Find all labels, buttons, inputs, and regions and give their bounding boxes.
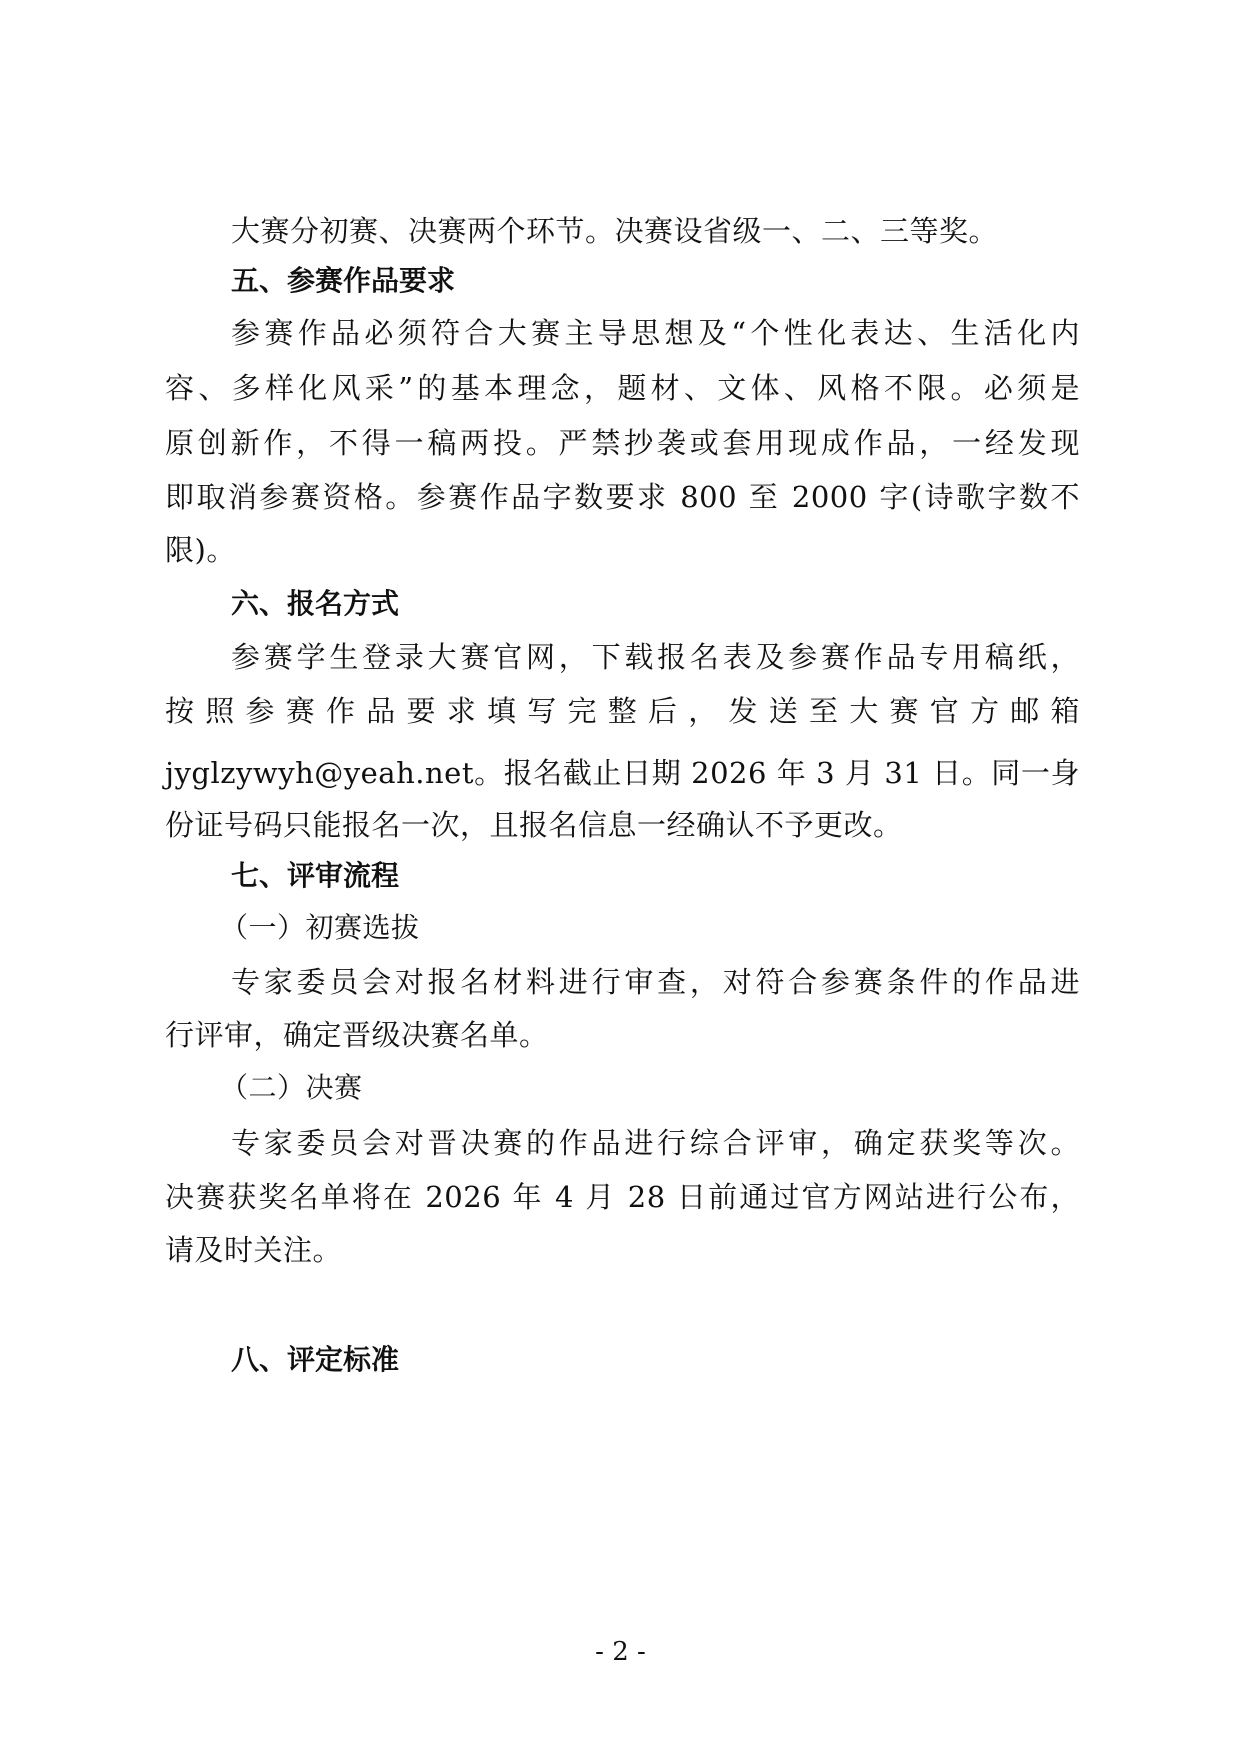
- paragraph-requirements-line-1: 参赛作品必须符合大赛主导思想及“个性化表达、生活化内: [231, 313, 1080, 353]
- paragraph-final-line-3: 请及时关注。: [165, 1230, 1080, 1270]
- paragraph-registration-line-4: 份证号码只能报名一次，且报名信息一经确认不予更改。: [165, 805, 1080, 845]
- paragraph-requirements-line-3: 原创新作，不得一稿两投。严禁抄袭或套用现成作品，一经发现: [165, 423, 1080, 463]
- paragraph-requirements-line-4: 即取消参赛资格。参赛作品字数要求 800 至 2000 字(诗歌字数不: [165, 477, 1080, 517]
- paragraph-registration-line-1: 参赛学生登录大赛官网，下载报名表及参赛作品专用稿纸，: [231, 637, 1080, 677]
- paragraph-preliminary-line-1: 专家委员会对报名材料进行审查，对符合参赛条件的作品进: [231, 962, 1080, 1002]
- paragraph-competition-stages: 大赛分初赛、决赛两个环节。决赛设省级一、二、三等奖。: [231, 211, 1080, 251]
- subheading-preliminary: （一）初赛选拔: [220, 908, 1069, 948]
- page-number: - 2 -: [0, 1634, 1241, 1670]
- paragraph-requirements-line-5: 限)。: [165, 530, 1080, 570]
- paragraph-registration-line-3-email: jyglzywyh@yeah.net。报名截止日期 2026 年 3 月 31 …: [165, 753, 1080, 793]
- section-heading-8-evaluation-criteria: 八、评定标准: [231, 1340, 1080, 1380]
- paragraph-final-line-1: 专家委员会对晋决赛的作品进行综合评审，确定获奖等次。: [231, 1123, 1080, 1163]
- paragraph-registration-line-2: 按照参赛作品要求填写完整后，发送至大赛官方邮箱: [165, 691, 1080, 731]
- section-heading-7-review-process: 七、评审流程: [231, 856, 1080, 896]
- paragraph-final-line-2: 决赛获奖名单将在 2026 年 4 月 28 日前通过官方网站进行公布，: [165, 1177, 1080, 1217]
- document-page: 大赛分初赛、决赛两个环节。决赛设省级一、二、三等奖。 五、参赛作品要求 参赛作品…: [0, 0, 1241, 1754]
- subheading-final: （二）决赛: [220, 1068, 1069, 1108]
- section-heading-6-registration: 六、报名方式: [231, 584, 1080, 624]
- section-heading-5-entry-requirements: 五、参赛作品要求: [231, 261, 1080, 301]
- paragraph-requirements-line-2: 容、多样化风采”的基本理念，题材、文体、风格不限。必须是: [165, 368, 1080, 408]
- paragraph-preliminary-line-2: 行评审，确定晋级决赛名单。: [165, 1015, 1080, 1055]
